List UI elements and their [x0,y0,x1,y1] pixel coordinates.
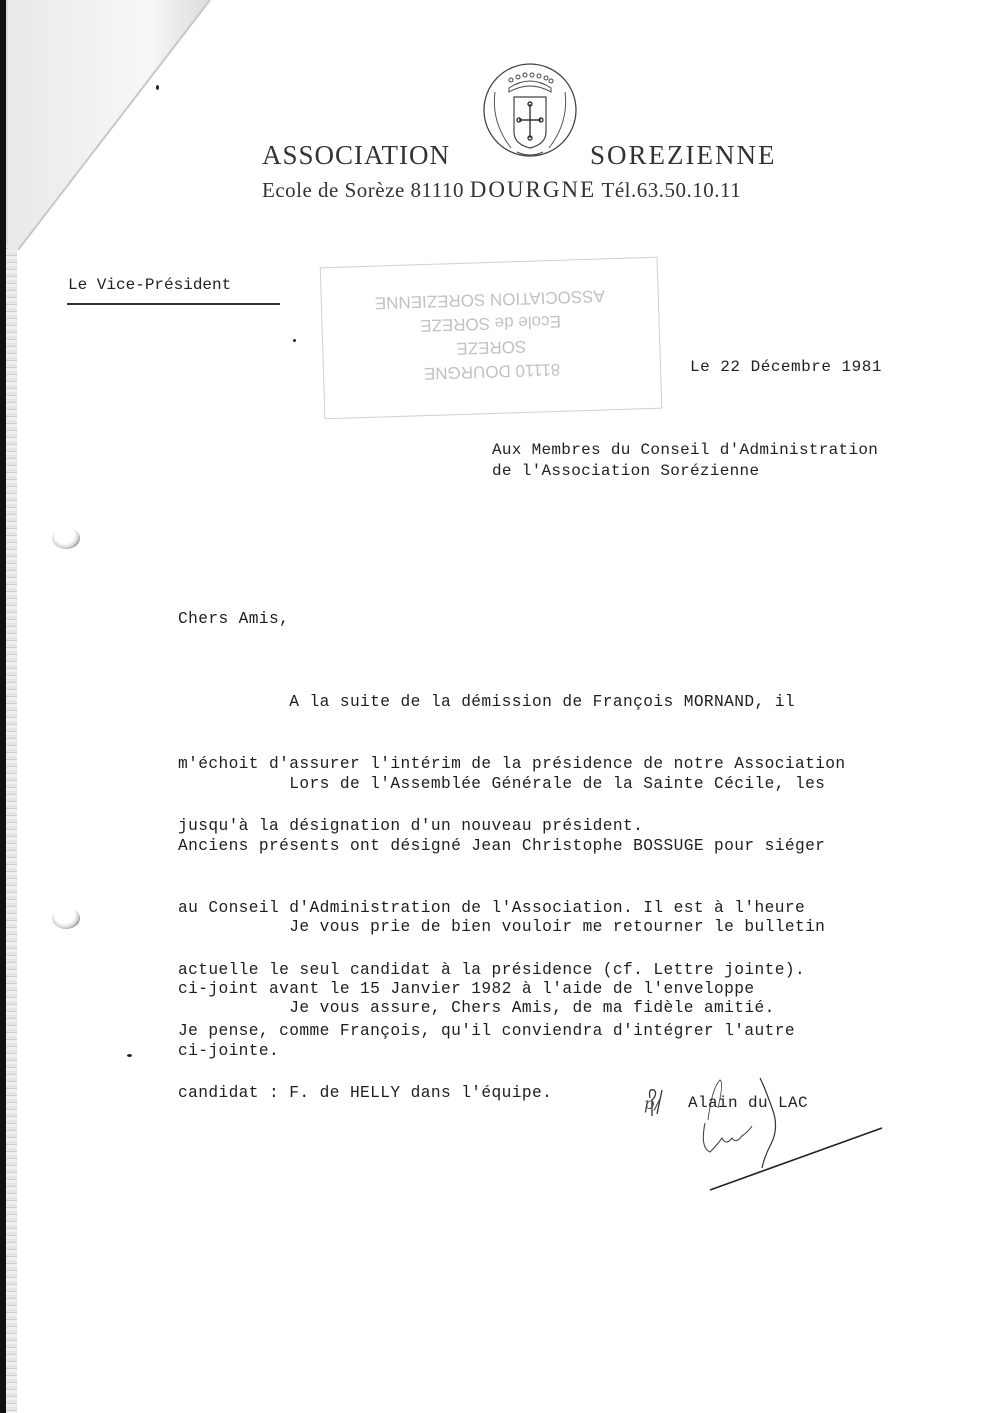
letter-date: Le 22 Décembre 1981 [690,358,882,376]
rubber-stamp: 81110 DOURGNE SOREZE Ecole de SOREZE ASS… [320,257,663,420]
paragraph-line: Je vous prie de bien vouloir me retourne… [178,917,825,938]
org-name-right: SOREZIENNE [590,140,776,171]
signatory-name: Alain du LAC [688,1094,808,1112]
phone-number: Tél.63.50.10.11 [602,178,742,202]
signature-prefix: p/ [644,1094,660,1113]
recipient-line: de l'Association Sorézienne [492,461,878,482]
punch-hole [52,907,80,929]
punch-hole [52,527,80,549]
paragraph-line: A la suite de la démission de François M… [178,692,846,713]
closing: Je vous assure, Chers Amis, de ma fidèle… [178,957,775,1039]
signature-block: p/ Alain du LAC [688,1094,808,1112]
recipient: Aux Membres du Conseil d'Administration … [492,440,878,482]
recipient-line: Aux Membres du Conseil d'Administration [492,440,878,461]
paragraph-line: Je vous assure, Chers Amis, de ma fidèle… [178,998,775,1019]
org-address: Ecole de Sorèze 81110 DOURGNE Tél.63.50.… [262,177,741,203]
paragraph-line: Anciens présents ont désigné Jean Christ… [178,836,825,857]
sender-underline [67,303,280,305]
coat-of-arms-icon [481,62,579,162]
address-city: DOURGNE [470,177,596,202]
scan-edge-strip [6,0,17,245]
speck [127,1054,132,1057]
paragraph-line: ci-jointe. [178,1041,825,1062]
sender-title: Le Vice-Président [68,276,231,294]
salutation: Chers Amis, [178,609,289,630]
org-name-left: ASSOCIATION [262,140,450,171]
scan-edge-strip [6,245,17,1413]
address-prefix: Ecole de Sorèze 81110 [262,178,464,202]
speck [293,339,296,342]
paragraph-line: Lors de l'Assemblée Générale de la Saint… [178,774,825,795]
handwritten-signature [640,1068,900,1198]
speck [156,85,159,90]
